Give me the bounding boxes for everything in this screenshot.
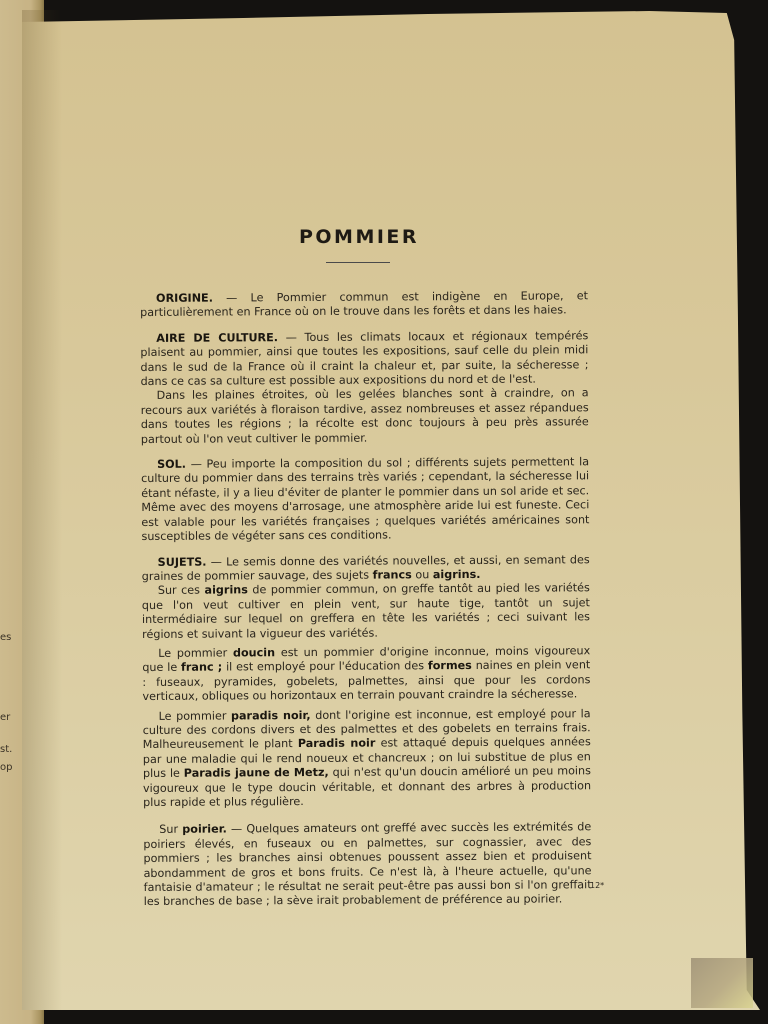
left-page-text-fragment: op — [0, 762, 12, 773]
paragraph-sur-poirier: Sur poirier. — Quelques amateurs ont gre… — [143, 821, 592, 910]
article-body: ORIGINE. — Le Pommier commun est indigèn… — [140, 289, 592, 910]
page-number: 12* — [590, 881, 604, 890]
paragraph: Dans les plaines étroites, où les gelées… — [141, 387, 589, 447]
section-heading: AIRE DE CULTURE. — [156, 331, 278, 345]
section-aire-de-culture: AIRE DE CULTURE. — Tous les climats loca… — [140, 329, 588, 389]
section-sujets: SUJETS. — Le semis donne des variétés no… — [142, 553, 590, 585]
section-sol: SOL. — Peu importe la composition du sol… — [141, 455, 590, 544]
page-title: POMMIER — [0, 226, 718, 248]
paragraph-doucin: Le pommier doucin est un pommier d'origi… — [142, 644, 590, 704]
left-page-text-fragment: st. — [0, 744, 12, 755]
title-underline-divider — [326, 262, 390, 263]
paragraph-aigrins: Sur ces aigrins de pommier commun, on gr… — [142, 582, 590, 642]
section-origine: ORIGINE. — Le Pommier commun est indigèn… — [140, 289, 588, 321]
section-heading: SOL. — [157, 458, 186, 471]
left-page-text-fragment: er — [0, 712, 10, 723]
paragraph-paradis-noir: Le pommier paradis noir, dont l'origine … — [143, 707, 592, 811]
page-gutter-shadow — [22, 10, 62, 1010]
paragraph-text: Peu importe la composition du sol ; diff… — [141, 455, 589, 543]
section-heading: SUJETS. — [158, 555, 207, 568]
photo-watermark-thumbnail — [691, 958, 753, 1008]
section-heading: ORIGINE. — [156, 292, 213, 305]
left-page-text-fragment: es — [0, 632, 11, 643]
